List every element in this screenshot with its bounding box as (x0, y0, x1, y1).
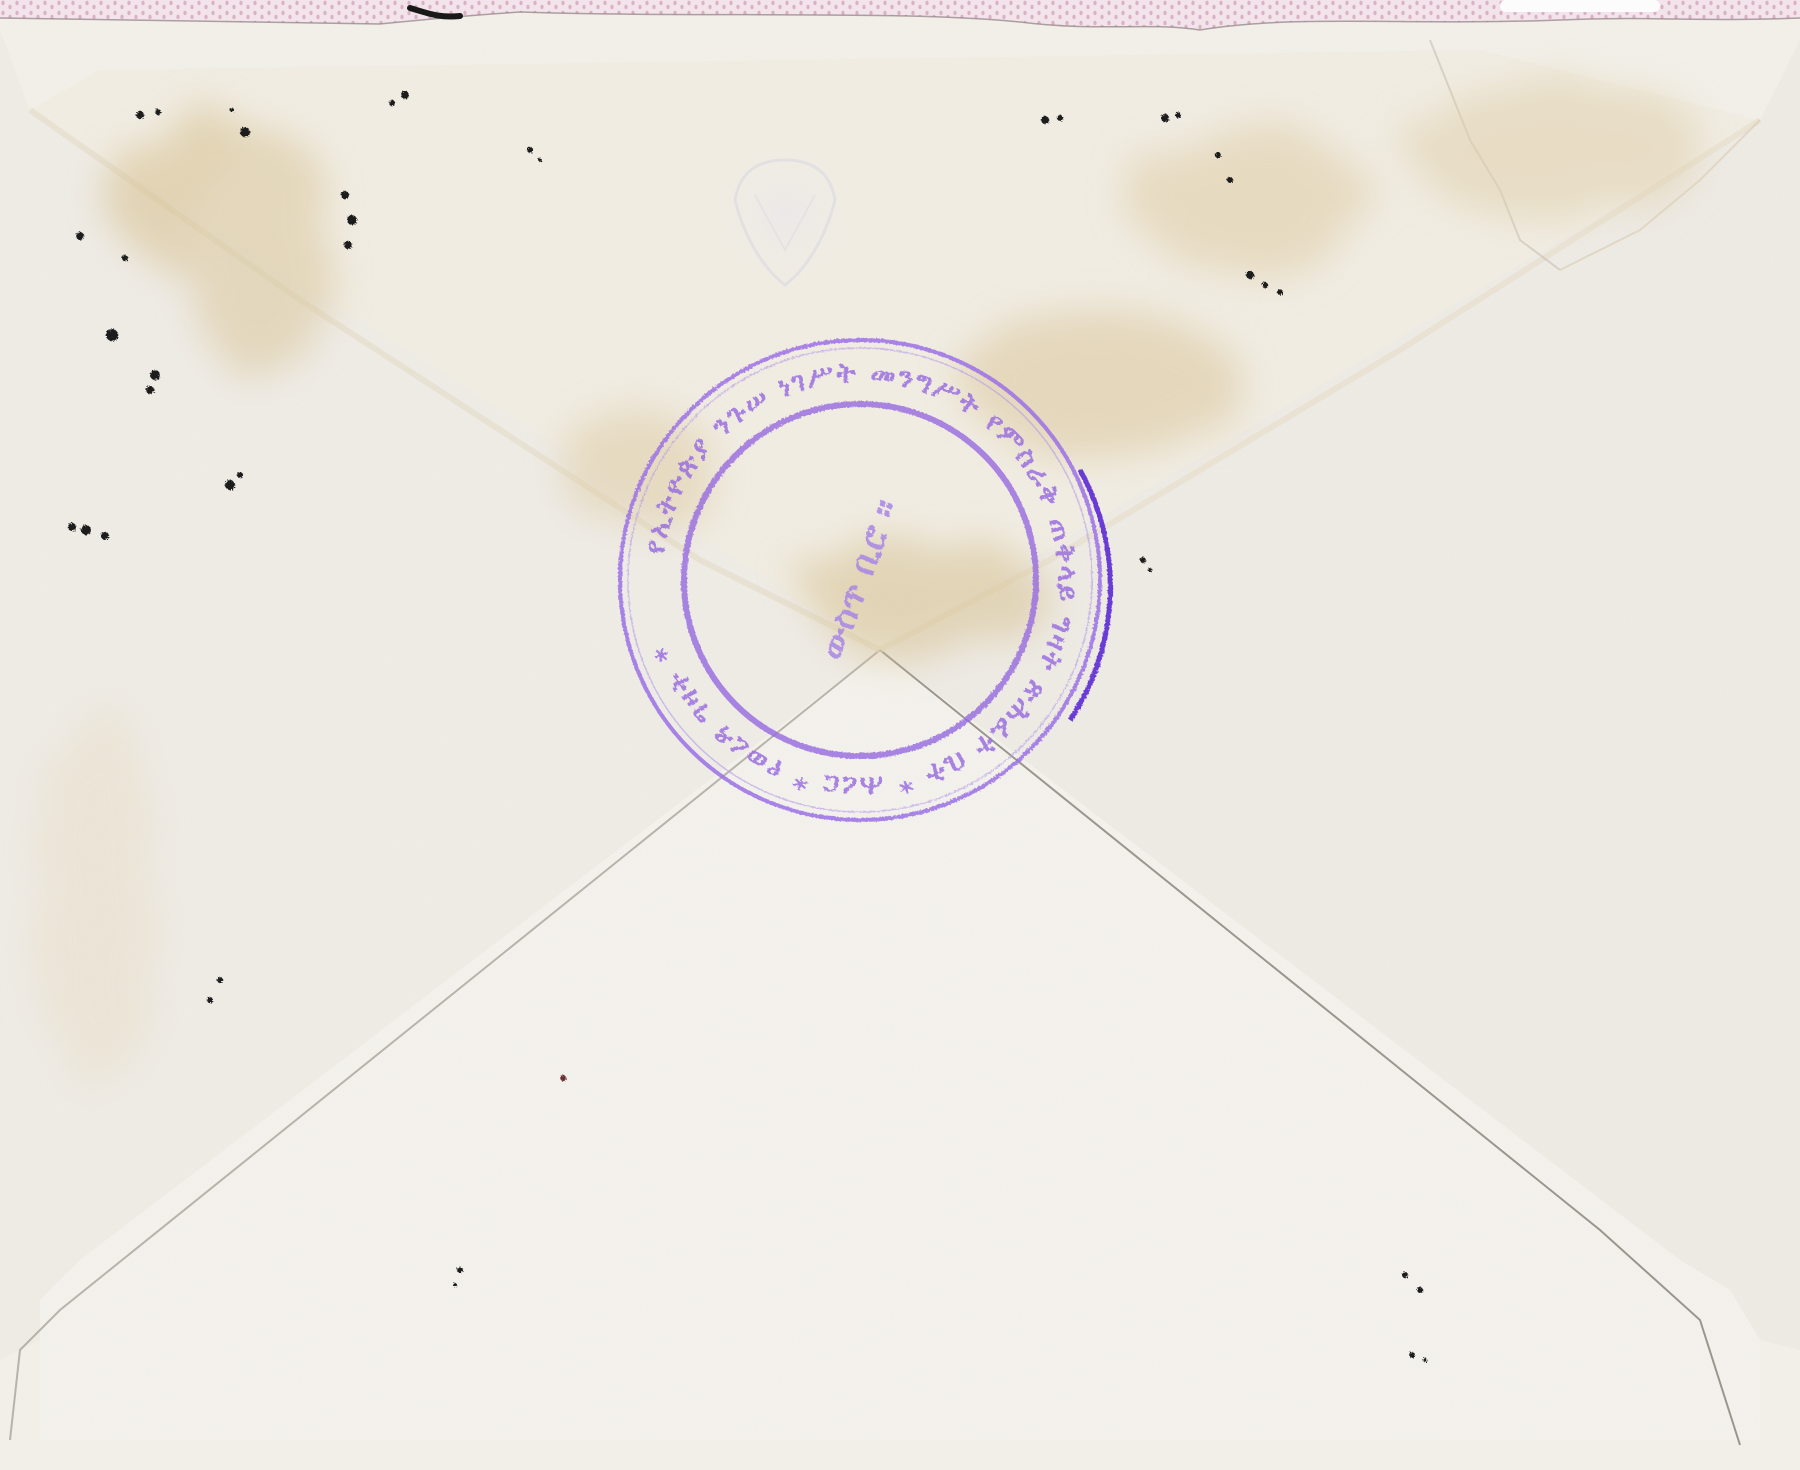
envelope-back-photo: የኢትዮጵያ ንጉሠ ነገሥት መንግሥት የምስራቅ ጠቅላይ ግዛት ጽሕፈ… (0, 0, 1800, 1470)
envelope-illustration: የኢትዮጵያ ንጉሠ ነገሥት መንግሥት የምስራቅ ጠቅላይ ግዛት ጽሕፈ… (0, 0, 1800, 1470)
embossed-emblem (715, 145, 855, 285)
